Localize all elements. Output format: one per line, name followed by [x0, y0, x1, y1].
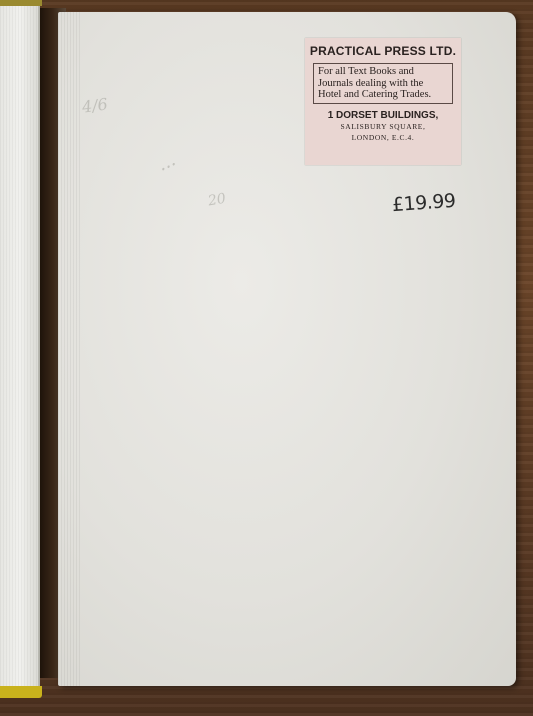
facing-page-edge	[0, 4, 40, 694]
bookseller-label: PRACTICAL PRESS LTD. For all Text Books …	[305, 38, 461, 165]
endpaper-page: 4/6 ... 20 PRACTICAL PRESS LTD. For all …	[58, 12, 516, 686]
label-description: For all Text Books and Journals dealing …	[313, 63, 453, 104]
pencil-price: £19.99	[391, 190, 456, 216]
faint-pencil-mark: 20	[207, 191, 227, 210]
yellow-page-edge	[0, 686, 42, 698]
faint-pencil-mark: ...	[154, 149, 178, 175]
label-address-line2: SALISBURY SQUARE,	[305, 121, 461, 132]
faint-pencil-mark: 4/6	[81, 94, 109, 116]
label-title: PRACTICAL PRESS LTD.	[305, 44, 461, 58]
page-top-edge	[0, 0, 42, 6]
label-address-line1: 1 DORSET BUILDINGS,	[305, 110, 461, 121]
label-address-line3: LONDON, E.C.4.	[305, 132, 461, 143]
